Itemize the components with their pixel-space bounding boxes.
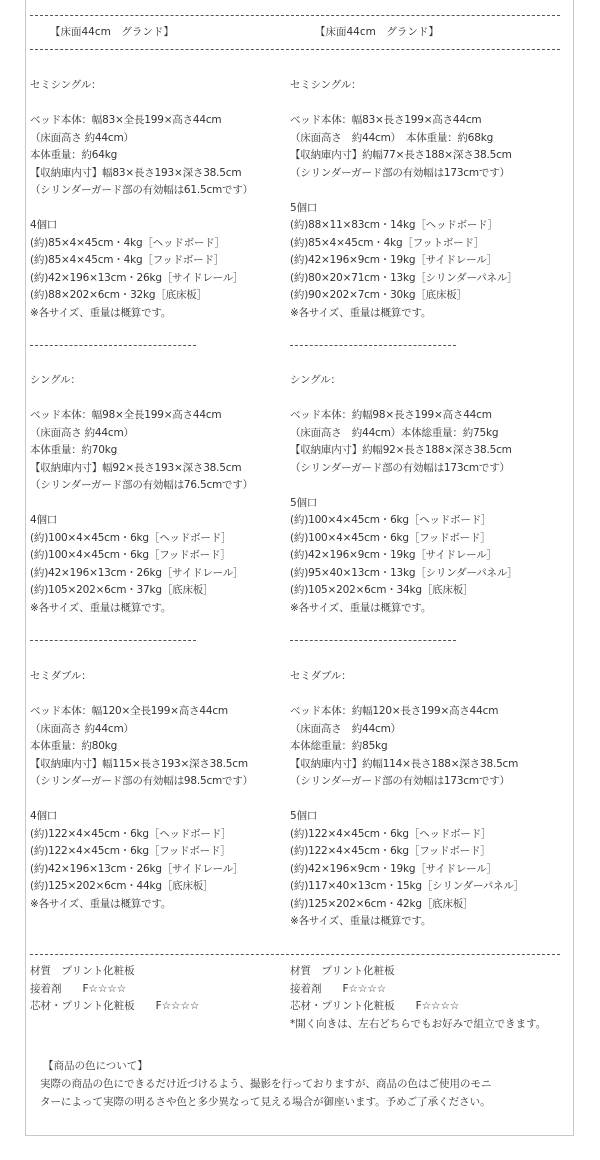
spec-line: 【収納庫内寸】幅83×長さ193×深さ38.5cm <box>30 165 288 183</box>
spec-line: ベッド本体：幅83×全長199×高さ44cm <box>30 112 288 130</box>
package-line: (約)117×40×13cm・15kg［シリンダーパネル］ <box>290 878 580 896</box>
note: ※各サイズ、重量は概算です。 <box>30 305 288 323</box>
package-line: (約)88×11×83cm・14kg［ヘッドボード］ <box>290 217 580 235</box>
package-title: 5個口 <box>290 495 580 513</box>
spec-line: （床面高さ 約44cm） <box>290 721 580 739</box>
package-line: (約)85×4×45cm・4kg［フットボード］ <box>290 235 580 253</box>
spec-line: （シリンダーガード部の有効幅は61.5cmです） <box>30 182 288 200</box>
note: ※各サイズ、重量は概算です。 <box>290 913 580 931</box>
package-line: (約)88×202×6cm・32kg［底床板］ <box>30 287 288 305</box>
left-semi-double: セミダブル： ベッド本体：幅120×全長199×高さ44cm （床面高さ 約44… <box>30 668 288 913</box>
spec-line: （シリンダーガード部の有効幅は173cmです） <box>290 773 580 791</box>
spec-line: ベッド本体：幅120×全長199×高さ44cm <box>30 703 288 721</box>
right-single: シングル： ベッド本体：約幅98×長さ199×高さ44cm （床面高さ 約44c… <box>290 372 580 617</box>
package-line: (約)100×4×45cm・6kg［ヘッドボード］ <box>30 530 288 548</box>
package-line: (約)122×4×45cm・6kg［ヘッドボード］ <box>290 826 580 844</box>
section-divider <box>290 345 456 346</box>
package-line: (約)122×4×45cm・6kg［フッドボード］ <box>290 843 580 861</box>
color-notice-title: 【商品の色について】 <box>43 1057 492 1075</box>
package-title: 5個口 <box>290 808 580 826</box>
material-line: 材質 プリント化粧板 <box>30 963 199 981</box>
spec-line: （シリンダーガード部の有効幅は98.5cmです） <box>30 773 288 791</box>
material-line: 芯材・プリント化粧板 F☆☆☆☆ <box>30 998 199 1016</box>
right-semi-single: セミシングル： ベッド本体：幅83×長さ199×高さ44cm （床面高さ 約44… <box>290 77 580 322</box>
spec-line: 【収納庫内寸】幅92×長さ193×深さ38.5cm <box>30 460 288 478</box>
spec-line: ベッド本体：約幅98×長さ199×高さ44cm <box>290 407 580 425</box>
spec-line: 【収納庫内寸】約幅92×長さ188×深さ38.5cm <box>290 442 580 460</box>
spec-line: 本体重量：約64kg <box>30 147 288 165</box>
package-line: (約)95×40×13cm・13kg［シリンダーパネル］ <box>290 565 580 583</box>
section-name: シングル： <box>290 372 580 390</box>
package-line: (約)105×202×6cm・37kg［底床板］ <box>30 582 288 600</box>
assembly-note: *開く向きは、左右どちらでもお好みで組立できます。 <box>290 1016 546 1034</box>
spec-line: （シリンダーガード部の有効幅は173cmです） <box>290 460 580 478</box>
package-line: (約)100×4×45cm・6kg［フッドボード］ <box>30 547 288 565</box>
right-semi-double: セミダブル： ベッド本体：約幅120×長さ199×高さ44cm （床面高さ 約4… <box>290 668 580 931</box>
spec-line: 本体総重量：約85kg <box>290 738 580 756</box>
spec-line: 本体重量：約70kg <box>30 442 288 460</box>
material-line: 接着剤 F☆☆☆☆ <box>30 981 199 999</box>
spec-line: （床面高さ 約44cm） <box>30 425 288 443</box>
package-line: (約)122×4×45cm・6kg［ヘッドボード］ <box>30 826 288 844</box>
section-divider <box>290 640 456 641</box>
package-title: 4個口 <box>30 512 288 530</box>
left-title: 【床面44cm グランド】 <box>50 24 174 41</box>
spec-line: 本体重量：約80kg <box>30 738 288 756</box>
package-title: 5個口 <box>290 200 580 218</box>
spec-line: 【収納庫内寸】幅115×長さ193×深さ38.5cm <box>30 756 288 774</box>
section-name: セミダブル： <box>290 668 580 686</box>
spec-line: （床面高さ 約44cm） 本体重量：約68kg <box>290 130 580 148</box>
spec-line: （床面高さ 約44cm）本体総重量：約75kg <box>290 425 580 443</box>
color-notice-line: ターによって実際の明るさや色と多少異なって見える場合が御座います。予めご了承くだ… <box>40 1093 492 1111</box>
spec-line: （シリンダーガード部の有効幅は173cmです） <box>290 165 580 183</box>
spec-line: ベッド本体：約幅120×長さ199×高さ44cm <box>290 703 580 721</box>
package-line: (約)90×202×7cm・30kg［底床板］ <box>290 287 580 305</box>
section-divider <box>30 640 196 641</box>
top-divider <box>30 15 560 16</box>
package-line: (約)100×4×45cm・6kg［フッドボード］ <box>290 530 580 548</box>
package-line: (約)85×4×45cm・4kg［ヘッドボード］ <box>30 235 288 253</box>
section-divider <box>30 345 196 346</box>
package-line: (約)42×196×13cm・26kg［サイドレール］ <box>30 270 288 288</box>
package-line: (約)42×196×13cm・26kg［サイドレール］ <box>30 565 288 583</box>
package-line: (約)42×196×9cm・19kg［サイドレール］ <box>290 861 580 879</box>
package-line: (約)42×196×9cm・19kg［サイドレール］ <box>290 547 580 565</box>
spec-line: ベッド本体：幅98×全長199×高さ44cm <box>30 407 288 425</box>
spec-line: ベッド本体：幅83×長さ199×高さ44cm <box>290 112 580 130</box>
spec-line: 【収納庫内寸】約幅77×長さ188×深さ38.5cm <box>290 147 580 165</box>
note: ※各サイズ、重量は概算です。 <box>290 600 580 618</box>
package-line: (約)42×196×9cm・19kg［サイドレール］ <box>290 252 580 270</box>
left-semi-single: セミシングル： ベッド本体：幅83×全長199×高さ44cm （床面高さ 約44… <box>30 77 288 322</box>
material-line: 接着剤 F☆☆☆☆ <box>290 981 546 999</box>
note: ※各サイズ、重量は概算です。 <box>30 600 288 618</box>
package-line: (約)125×202×6cm・42kg［底床板］ <box>290 896 580 914</box>
spec-line: 【収納庫内寸】約幅114×長さ188×深さ38.5cm <box>290 756 580 774</box>
section-name: シングル： <box>30 372 288 390</box>
material-line: 芯材・プリント化粧板 F☆☆☆☆ <box>290 998 546 1016</box>
title-divider <box>30 49 560 50</box>
section-name: セミダブル： <box>30 668 288 686</box>
left-single: シングル： ベッド本体：幅98×全長199×高さ44cm （床面高さ 約44cm… <box>30 372 288 617</box>
package-line: (約)42×196×13cm・26kg［サイドレール］ <box>30 861 288 879</box>
spec-line: （床面高さ 約44cm） <box>30 130 288 148</box>
package-line: (約)122×4×45cm・6kg［フッドボード］ <box>30 843 288 861</box>
package-line: (約)85×4×45cm・4kg［フッドボード］ <box>30 252 288 270</box>
right-materials: 材質 プリント化粧板 接着剤 F☆☆☆☆ 芯材・プリント化粧板 F☆☆☆☆ *開… <box>290 963 546 1033</box>
package-line: (約)100×4×45cm・6kg［ヘッドボード］ <box>290 512 580 530</box>
materials-divider <box>30 954 560 955</box>
color-notice: 【商品の色について】 実際の商品の色にできるだけ近づけるよう、撮影を行っておりま… <box>40 1057 492 1111</box>
package-title: 4個口 <box>30 808 288 826</box>
spec-line: （シリンダーガード部の有効幅は76.5cmです） <box>30 477 288 495</box>
left-materials: 材質 プリント化粧板 接着剤 F☆☆☆☆ 芯材・プリント化粧板 F☆☆☆☆ <box>30 963 199 1016</box>
package-line: (約)125×202×6cm・44kg［底床板］ <box>30 878 288 896</box>
package-title: 4個口 <box>30 217 288 235</box>
section-name: セミシングル： <box>30 77 288 95</box>
right-title: 【床面44cm グランド】 <box>315 24 439 41</box>
color-notice-line: 実際の商品の色にできるだけ近づけるよう、撮影を行っておりますが、商品の色はご使用… <box>40 1075 492 1093</box>
note: ※各サイズ、重量は概算です。 <box>290 305 580 323</box>
material-line: 材質 プリント化粧板 <box>290 963 546 981</box>
spec-line: （床面高さ 約44cm） <box>30 721 288 739</box>
note: ※各サイズ、重量は概算です。 <box>30 896 288 914</box>
section-name: セミシングル： <box>290 77 580 95</box>
package-line: (約)105×202×6cm・34kg［底床板］ <box>290 582 580 600</box>
package-line: (約)80×20×71cm・13kg［シリンダーパネル］ <box>290 270 580 288</box>
